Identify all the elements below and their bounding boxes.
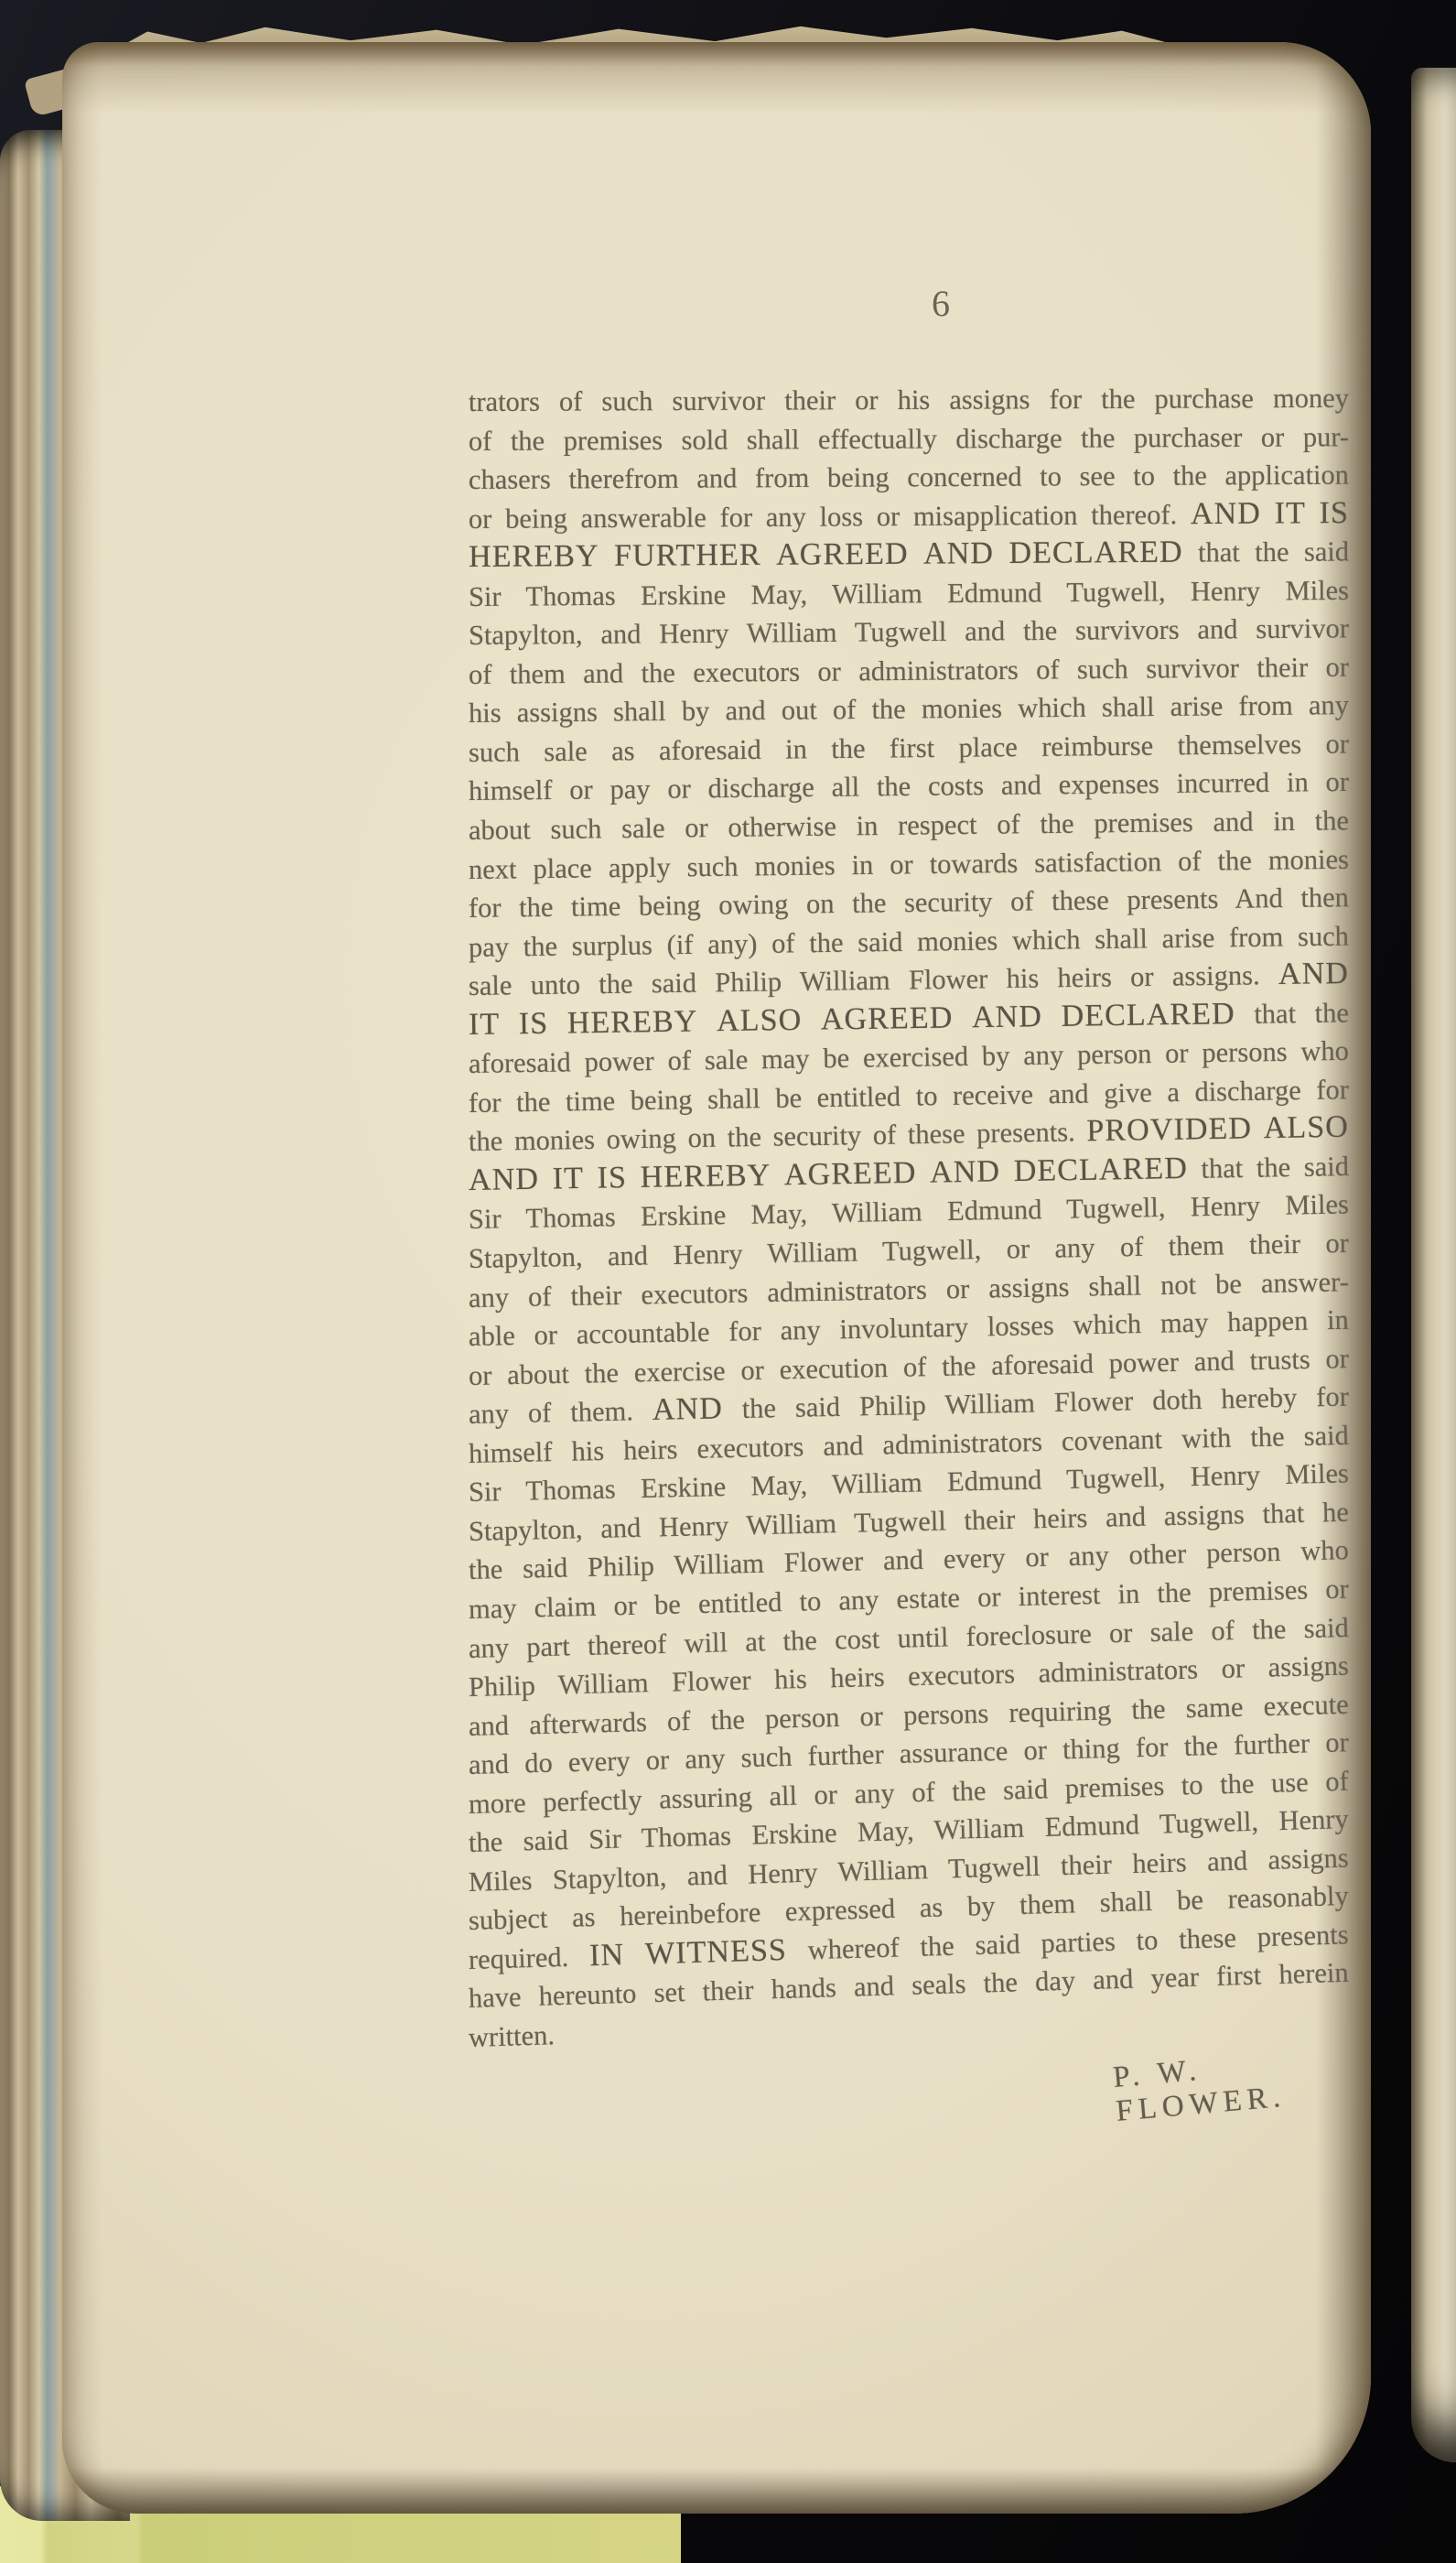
body-text-line: of the premises sold shall effectually d… xyxy=(469,417,1349,460)
book-page: 6 trators of such survivor their or his … xyxy=(62,42,1371,2514)
body-text-line: or being answerable for any loss or misa… xyxy=(469,494,1349,539)
book-scan: 6 trators of such survivor their or his … xyxy=(0,0,1456,2563)
body-text-line: HEREBY FURTHER AGREED AND DECLARED that … xyxy=(469,533,1349,578)
body-text-line: chasers therefrom and from being concern… xyxy=(469,456,1349,500)
page-body-text: trators of such survivor their or his as… xyxy=(469,383,1349,2058)
adjacent-page-edge xyxy=(1411,68,1456,2462)
page-number: 6 xyxy=(913,282,968,325)
body-text-line: trators of such survivor their or his as… xyxy=(469,379,1349,422)
